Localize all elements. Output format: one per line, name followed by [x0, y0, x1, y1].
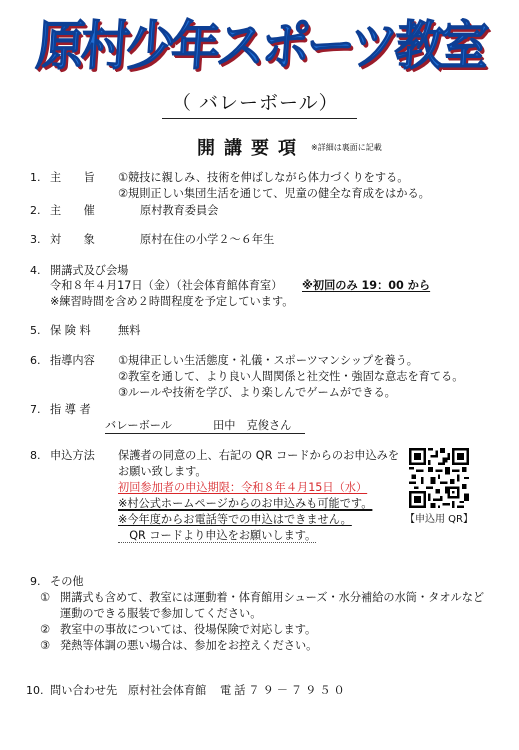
item-number-8: 8.: [30, 448, 41, 463]
guidance-line-3: ③ルールや技術を学び、より楽しんでゲームができる。: [118, 385, 396, 400]
item-label-guidance: 指導内容: [50, 353, 95, 368]
purpose-line-1: ①競技に親しみ、技術を伸ばしながら体力づくりをする。: [118, 170, 408, 185]
item-number-3: 3.: [30, 232, 41, 247]
guidance-line-2: ②教室を通して、より良い人間関係と社交性・強固な意志を育てる。: [118, 369, 463, 384]
item-number-4: 4.: [30, 263, 41, 278]
item-label-instructor: 指 導 者: [50, 402, 91, 417]
item-label-application: 申込方法: [50, 448, 95, 463]
other-mark-3: ③: [40, 638, 50, 653]
other-mark-2: ②: [40, 622, 50, 637]
insurance-value: 無料: [118, 323, 140, 338]
item-number-2: 2.: [30, 203, 41, 218]
first-time-note: ※初回のみ 19：00 から: [302, 278, 430, 293]
subtitle-underline: （ バレーボール）: [162, 88, 357, 119]
item-number-9: 9.: [30, 574, 41, 589]
application-line-2: お願い致します。: [118, 464, 207, 479]
purpose-line-2: ②規則正しい集団生活を通じて、児童の健全な育成をはかる。: [118, 186, 430, 201]
application-deadline: 初回参加者の申込期限：令和８年４月15日（水）: [118, 480, 367, 495]
contact-place: 原村社会体育館: [128, 683, 206, 698]
instructor-underline: バレーボール 田中 克俊さん: [105, 418, 305, 434]
duration-note: ※練習時間を含め２時間程度を予定しています。: [50, 294, 293, 309]
item-number-5: 5.: [30, 323, 41, 338]
item-label-target: 対 象: [50, 232, 95, 247]
other-item-3-line-1: 発熱等体調の悪い場合は、参加をお控えください。: [60, 638, 317, 653]
flyer-title: 原村少年スポーツ教室: [34, 12, 434, 82]
application-line-1: 保護者の同意の上、右記の QR コードからのお申込みを: [118, 448, 399, 463]
other-item-1-line-1: 開講式も含めて、教室には運動着・体育館用シューズ・水分補給の水筒・タオルなど: [60, 590, 484, 605]
item-label-ceremony-venue: 開講式及び会場: [50, 263, 128, 278]
qr-code-icon[interactable]: [409, 448, 469, 508]
instructor-name: 田中 克俊さん: [213, 418, 291, 433]
other-item-1-line-2: 運動のできる服装で参加してください。: [60, 606, 261, 621]
item-label-purpose: 主 旨: [50, 170, 95, 185]
other-mark-1: ①: [40, 590, 50, 605]
item-label-contact: 問い合わせ先: [50, 683, 117, 698]
instructor-sport: バレーボール: [105, 418, 172, 433]
item-label-organizer: 主 催: [50, 203, 95, 218]
flyer-page: 原村少年スポーツ教室 （ バレーボール） 開講要項 ※詳細は裏面に記載 1. 主…: [0, 0, 519, 750]
ceremony-date-venue: 令和８年４月17日（金）（社会体育館体育室）: [50, 278, 282, 293]
heading-note: ※詳細は裏面に記載: [311, 142, 382, 153]
application-note-qr: QR コードより申込をお願いします。: [118, 529, 316, 543]
item-label-insurance: 保 険 料: [50, 323, 91, 338]
item-label-other: その他: [50, 574, 84, 589]
section-heading: 開講要項: [197, 134, 305, 160]
other-item-2-line-1: 教室中の事故については、役場保険で対応します。: [60, 622, 316, 637]
contact-phone[interactable]: 電話７９－７９５０: [220, 683, 348, 698]
subtitle: （ バレーボール）: [172, 91, 339, 115]
target-value: 原村在住の小学２～６年生: [140, 232, 274, 247]
application-note-website: ※村公式ホームページからのお申込みも可能です。: [118, 496, 372, 511]
item-number-7: 7.: [30, 402, 41, 417]
item-number-6: 6.: [30, 353, 41, 368]
organizer-value: 原村教育委員会: [140, 203, 218, 218]
qr-label: 【申込用 QR】: [405, 510, 473, 525]
guidance-line-1: ①規律正しい生活態度・礼儀・スポーツマンシップを養う。: [118, 353, 418, 368]
item-number-10: 10.: [26, 683, 44, 698]
item-number-1: 1.: [30, 170, 41, 185]
application-note-no-phone: ※今年度からお電話等での申込はできません。: [118, 512, 352, 527]
